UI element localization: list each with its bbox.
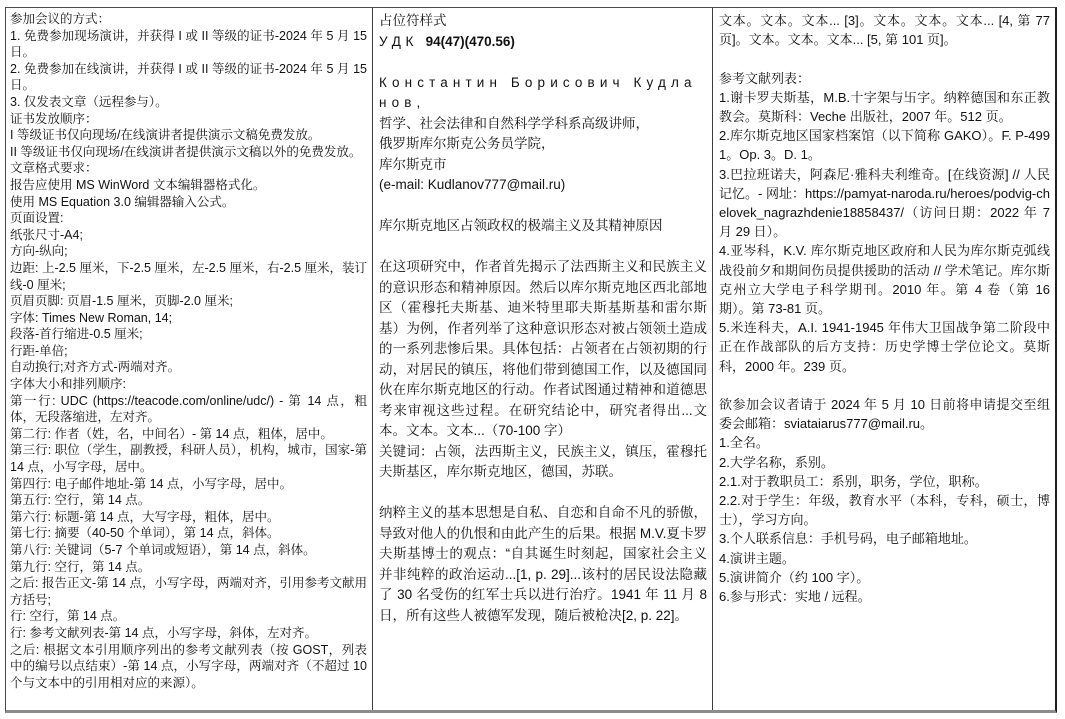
author-name: Константин Борисович Кудланов,: [379, 73, 707, 114]
blank-line: [379, 196, 707, 217]
paragraph: 行: 空行，第 14 点。: [10, 608, 367, 625]
certificate-order-heading: 证书发放顺序：: [10, 111, 367, 128]
paragraph: 第四行: 电子邮件地址-第 14 点，小写字母，居中。: [10, 476, 367, 493]
paragraph: II 等级证书仅向现场/在线演讲者提供演示文稿以外的免费发放。: [10, 144, 367, 161]
paragraph: 第七行: 摘要（40-50 个单词），第 14 点，斜体。: [10, 525, 367, 542]
author-email: (e-mail: Kudlanov777@mail.ru): [379, 175, 707, 196]
paragraph: I 等级证书仅向现场/在线演讲者提供演示文稿免费发放。: [10, 127, 367, 144]
font-order-heading: 字体大小和排列顺序:: [10, 376, 367, 393]
reference-item: 3.巴拉班诺夫，阿森尼·雅科夫利维奇。[在线资源] // 人民记忆。- 网址：h…: [719, 165, 1050, 242]
column-participation-and-format: 参加会议的方式： 1. 免费参加现场演讲，并获得 I 或 II 等级的证书-20…: [6, 8, 373, 710]
blank-line: [379, 52, 707, 73]
paragraph: 2. 免费参加在线演讲，并获得 I 或 II 等级的证书-2024 年 5 月 …: [10, 61, 367, 94]
reference-item: 1.谢卡罗夫斯基，М.В.十字架与卐字。纳粹德国和东正教教会。莫斯科：Veche…: [719, 88, 1050, 126]
blank-line: [719, 49, 1050, 68]
page-setup-heading: 页面设置:: [10, 210, 367, 227]
author-city: 库尔斯克市: [379, 155, 707, 176]
article-abstract: 在这项研究中，作者首先揭示了法西斯主义和民族主义的意识形态和精神原因。然后以库尔…: [379, 257, 707, 442]
placeholder-style-label: 占位符样式: [379, 11, 707, 32]
paragraph: 页眉页脚: 页眉-1.5 厘米，页脚-2.0 厘米;: [10, 293, 367, 310]
reference-item: 4.亚岑科，K.V. 库尔斯克地区政府和人民为库尔斯克弧线战役前夕和期间伤员提供…: [719, 241, 1050, 318]
article-keywords: 关键词：占领，法西斯主义，民族主义，镇压，霍穆托夫斯基区，库尔斯克地区，德国，苏…: [379, 442, 707, 483]
paragraph: 边距: 上-2.5 厘米，下-2.5 厘米，左-2.5 厘米，右-2.5 厘米，…: [10, 260, 367, 293]
participation-methods-heading: 参加会议的方式：: [10, 11, 367, 28]
paragraph: 3. 仅发表文章（远程参与）。: [10, 94, 367, 111]
paragraph: 段落-首行缩进-0.5 厘米;: [10, 326, 367, 343]
paragraph: 第九行: 空行，第 14 点。: [10, 559, 367, 576]
paragraph: 自动换行;对齐方式-两端对齐。: [10, 359, 367, 376]
author-position: 哲学、社会法律和自然科学学科系高级讲师，: [379, 114, 707, 135]
paragraph: 行: 参考文献列表-第 14 点，小写字母，斜体，左对齐。: [10, 625, 367, 642]
paragraph: 行距-单倍;: [10, 343, 367, 360]
conference-info-table: 参加会议的方式： 1. 免费参加现场演讲，并获得 I 或 II 等级的证书-20…: [5, 7, 1057, 713]
column-article-sample: 占位符样式 УДК94(47)(470.56) Константин Борис…: [373, 8, 713, 710]
paragraph: 方向-纵向;: [10, 243, 367, 260]
references-heading: 参考文献列表：: [719, 69, 1050, 88]
application-item: 1.全名。: [719, 433, 1050, 452]
sample-body-text: 文本。文本。文本... [3]。文本。文本。文本... [4, 第 77 页]。…: [719, 11, 1050, 49]
blank-line: [379, 483, 707, 504]
paragraph: 第二行: 作者（姓，名，中间名）- 第 14 点，粗体，居中。: [10, 426, 367, 443]
application-item: 3.个人联系信息：手机号码，电子邮箱地址。: [719, 529, 1050, 548]
article-body: 纳粹主义的基本思想是自私、自恋和自命不凡的骄傲，导致对他人的仇恨和由此产生的后果…: [379, 503, 707, 626]
paragraph: 第一行: UDC (https://teacode.com/online/udc…: [10, 393, 367, 426]
paragraph: 纸张尺寸-A4;: [10, 227, 367, 244]
udk-value: 94(47)(470.56): [426, 34, 515, 49]
paragraph: 之后: 根据文本引用顺序列出的参考文献列表（按 GOST，列表中的编号以点结束）…: [10, 642, 367, 692]
application-item: 5.演讲简介（约 100 字）。: [719, 568, 1050, 587]
application-item: 2.大学名称，系别。: [719, 453, 1050, 472]
reference-item: 5.米连科夫，A.I. 1941-1945 年伟大卫国战争第二阶段中正在作战部队…: [719, 318, 1050, 376]
application-item: 4.演讲主题。: [719, 549, 1050, 568]
paragraph: 第三行: 职位（学生，副教授，科研人员），机构，城市，国家-第 14 点，小写字…: [10, 442, 367, 475]
application-item: 2.2.对于学生：年级，教育水平（本科，专科，硕士，博士），学习方向。: [719, 491, 1050, 529]
column-references-and-application: 文本。文本。文本... [3]。文本。文本。文本... [4, 第 77 页]。…: [713, 8, 1055, 710]
udk-label: УДК: [379, 34, 418, 49]
paragraph: 第六行: 标题-第 14 点，大写字母，粗体，居中。: [10, 509, 367, 526]
udk-line: УДК94(47)(470.56): [379, 32, 707, 53]
paragraph: 第五行: 空行，第 14 点。: [10, 492, 367, 509]
reference-item: 2.库尔斯克地区国家档案馆（以下简称 GAKO）。F. Р-4991。Op. 3…: [719, 126, 1050, 164]
paragraph: 报告应使用 MS WinWord 文本编辑器格式化。: [10, 177, 367, 194]
paragraph: 之后: 报告正文-第 14 点，小写字母，两端对齐，引用参考文献用方括号;: [10, 575, 367, 608]
paragraph: 字体: Times New Roman, 14;: [10, 310, 367, 327]
author-institution: 俄罗斯库尔斯克公务员学院，: [379, 134, 707, 155]
application-item: 6.参与形式：实地 / 远程。: [719, 587, 1050, 606]
application-item: 2.1.对于教职员工：系别，职务，学位，职称。: [719, 472, 1050, 491]
article-title: 库尔斯克地区占领政权的极端主义及其精神原因: [379, 216, 707, 237]
paragraph: 使用 MS Equation 3.0 编辑器输入公式。: [10, 194, 367, 211]
blank-line: [379, 237, 707, 258]
paragraph: 1. 免费参加现场演讲，并获得 I 或 II 等级的证书-2024 年 5 月 …: [10, 28, 367, 61]
format-requirements-heading: 文章格式要求：: [10, 160, 367, 177]
application-note: 欲参加会议者请于 2024 年 5 月 10 日前将申请提交至组委会邮箱：svi…: [719, 395, 1050, 433]
blank-line: [719, 376, 1050, 395]
paragraph: 第八行: 关键词（5-7 个单词或短语），第 14 点，斜体。: [10, 542, 367, 559]
